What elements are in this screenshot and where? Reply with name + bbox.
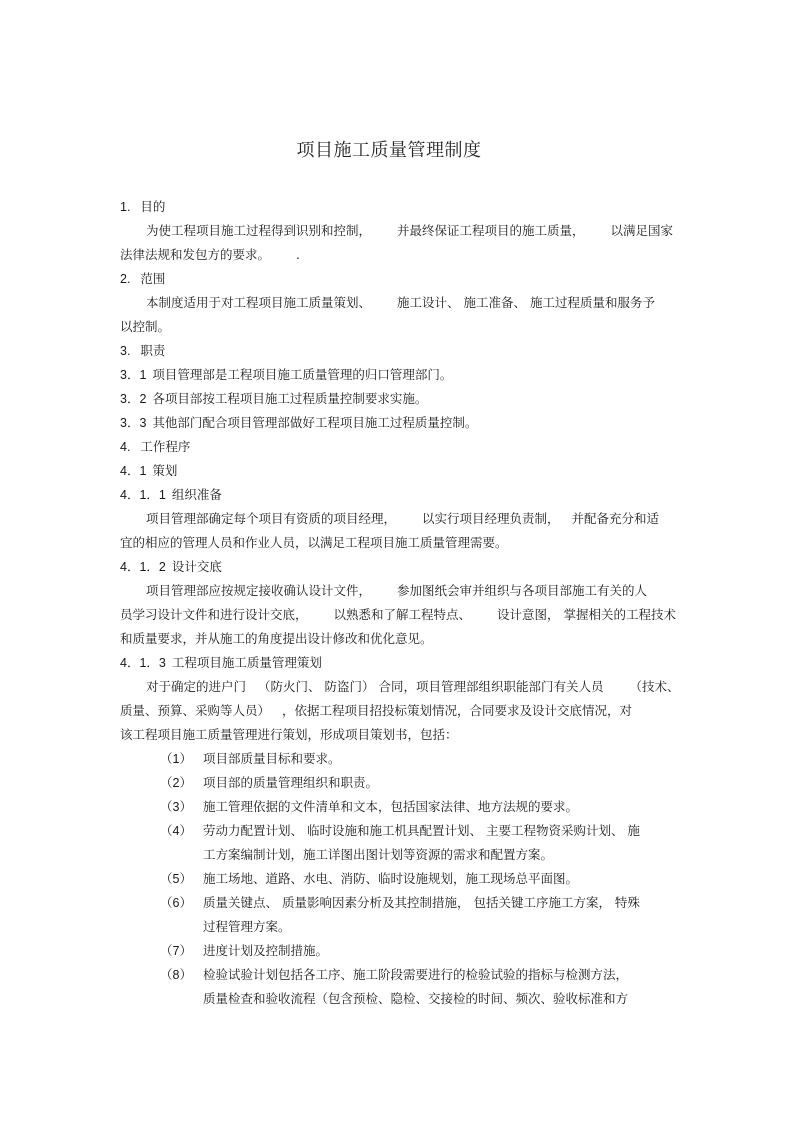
responsibility-item: 3．3其他部门配合项目管理部做好工程项目施工过程质量控制。 [120,415,477,431]
paragraph-org-line1: 项目管理部确定每个项目有资质的项目经理，以实行项目经理负责制，并配备充分和适 [146,511,659,527]
paragraph-design-line1: 项目管理部应按规定接收确认设计文件，参加图纸会审并组织与各项目部施工有关的人 [146,583,647,599]
paragraph-design-line3: 和质量要求，并从施工的角度提出设计修改和优化意见。 [120,631,433,647]
paragraph-purpose-line2: 法律法规和发包方的要求。. [120,247,300,263]
paragraph-planning-line3: 该工程项目施工质量管理进行策划，形成项目策划书，包括： [120,727,458,743]
paragraph-scope-line1: 本制度适用于对工程项目施工质量策划、施工设计、 施工准备、 施工过程质量和服务予 [146,295,655,311]
subsection-heading-4-1: 4．1策划 [120,463,177,479]
document-title: 项目施工质量管理制度 [0,136,778,162]
subsection-heading-4-1-3: 4．1．3工程项目施工质量管理策划 [120,655,322,671]
responsibility-item: 3．1项目管理部是工程项目施工质量管理的归口管理部门。 [120,367,452,383]
paragraph-planning-line1: 对于确定的进户门（防火门、 防盗门） 合同，项目管理部组织职能部门有关人员（技术… [146,679,679,695]
section-heading-2: 2. 范围 [120,271,165,287]
paragraph-planning-line2: 质量、预算、采购等人员），依据工程项目招投标策划情况，合同要求及设计交底情况，对 [120,703,632,719]
subsection-heading-4-1-1: 4．1．1组织准备 [120,487,222,503]
paragraph-org-line2: 宜的相应的管理人员和作业人员，以满足工程项目施工质量管理需要。 [120,535,508,551]
paragraph-purpose-line1: 为使工程项目施工过程得到识别和控制，并最终保证工程项目的施工质量，以满足国家 [146,223,673,239]
section-heading-3: 3. 职责 [120,343,165,359]
paragraph-design-line2: 员学习设计文件和进行设计交底，以熟悉和了解工程特点、设计意图， 掌握相关的工程技… [120,607,676,623]
subsection-heading-4-1-2: 4．1．2设计交底 [120,559,222,575]
responsibility-item: 3．2各项目部按工程项目施工过程质量控制要求实施。 [120,391,427,407]
paragraph-scope-line2: 以控制。 [120,319,170,335]
section-heading-1: 1. 目的 [120,199,165,215]
document-page: 项目施工质量管理制度 1. 目的 为使工程项目施工过程得到识别和控制，并最终保证… [0,0,792,1122]
section-heading-4: 4. 工作程序 [120,439,190,455]
